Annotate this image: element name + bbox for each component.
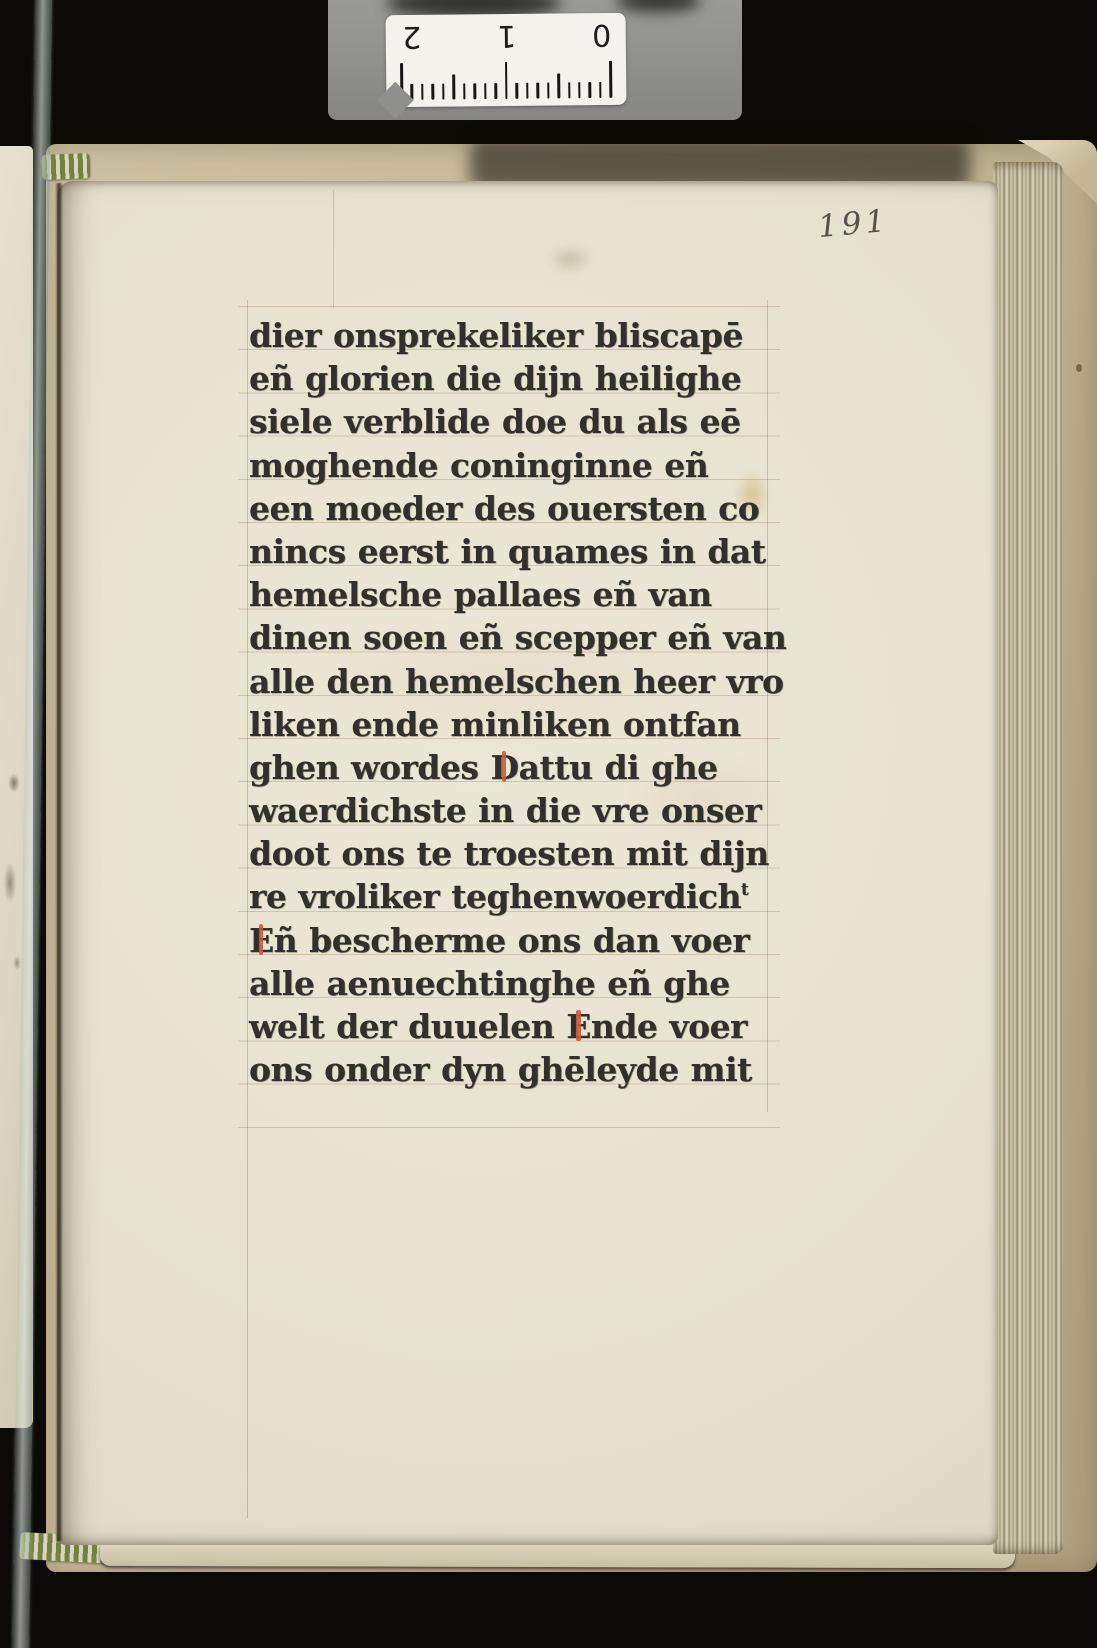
ruler-tab: 2 1 0 bbox=[328, 0, 742, 120]
line-text: alle aenuechtinghe eñ ghe bbox=[249, 964, 730, 1003]
line-text: liken ende minliken ontfan bbox=[249, 705, 741, 744]
line-text: hemelsche pallaes eñ van bbox=[249, 575, 712, 614]
line-text: attu di ghe bbox=[519, 748, 718, 787]
text-line: Eñ bescherme ons dan voer bbox=[249, 912, 783, 955]
text-line: ons onder dyn ghēleyde mit bbox=[249, 1041, 783, 1084]
line-text: ñ bescherme ons dan voer bbox=[274, 921, 750, 960]
line-text: dier onsprekeliker bliscapē bbox=[249, 316, 743, 355]
line-text: waerdichste in die vre onser bbox=[249, 791, 761, 830]
line-text: moghende coninginne eñ bbox=[249, 446, 708, 485]
text-line: een moeder des ouersten co bbox=[249, 480, 783, 523]
ruler-tick bbox=[515, 83, 518, 99]
line-text: een moeder des ouersten co bbox=[249, 489, 759, 528]
rubricated-initial: E bbox=[249, 919, 274, 962]
line-text: dinen soen eñ scepper eñ van bbox=[249, 618, 786, 657]
ruler-tick bbox=[505, 62, 508, 99]
line-text: nincs eerst in quames in dat bbox=[249, 532, 766, 571]
ruler-tick bbox=[589, 82, 592, 98]
text-line: liken ende minliken ontfan bbox=[249, 696, 783, 739]
text-line: re vroliker teghenwoerdicht bbox=[249, 868, 783, 911]
ruler-tick bbox=[484, 83, 487, 99]
line-text: ons onder dyn ghēleyde mit bbox=[249, 1050, 752, 1089]
ruler-label-2: 2 bbox=[402, 19, 421, 54]
text-line: welt der duuelen Ende voer bbox=[249, 998, 783, 1041]
cover-turn-in-bottom bbox=[100, 1542, 1015, 1568]
ruler-tick bbox=[568, 82, 571, 98]
line-text: re vroliker teghenwoerdich bbox=[249, 877, 741, 916]
line-text: welt der duuelen bbox=[249, 1007, 566, 1046]
line-text: nde voer bbox=[591, 1007, 747, 1046]
ruler-label-1: 1 bbox=[497, 18, 516, 53]
line-text: alle den hemelschen heer vro bbox=[249, 661, 784, 700]
manuscript-photograph: { "ruler": { "labels_left_to_right": ["2… bbox=[0, 0, 1097, 1648]
ruler-tick bbox=[494, 83, 497, 99]
ruler-tick bbox=[526, 83, 529, 99]
rubricated-initial: E bbox=[566, 1005, 591, 1048]
line-text: doot ons te troesten mit dijn bbox=[249, 834, 769, 873]
text-line: alle den hemelschen heer vro bbox=[249, 653, 783, 696]
text-line: dier onsprekeliker bliscapē bbox=[249, 307, 783, 350]
ruler-tick bbox=[547, 83, 550, 99]
page-stack-fore-edge bbox=[993, 162, 1063, 1554]
ruler-tick bbox=[421, 84, 424, 100]
line-text: siele verblide doe du als eē bbox=[249, 402, 741, 441]
text-line: ghen wordes Dattu di ghe bbox=[249, 739, 783, 782]
ruler-scale: 2 1 0 bbox=[386, 13, 627, 108]
ruler-tick bbox=[609, 61, 612, 98]
text-block: dier onsprekeliker bliscapē eñ glorien d… bbox=[249, 307, 783, 1084]
text-line: alle aenuechtinghe eñ ghe bbox=[249, 955, 783, 998]
ruler-tick bbox=[474, 83, 477, 99]
text-line: hemelsche pallaes eñ van bbox=[249, 566, 783, 609]
ruler-tick bbox=[599, 82, 602, 98]
text-line: siele verblide doe du als eē bbox=[249, 393, 783, 436]
ruler-tick bbox=[452, 75, 455, 100]
text-line: moghende coninginne eñ bbox=[249, 437, 783, 480]
text-line: doot ons te troesten mit dijn bbox=[249, 825, 783, 868]
ruler-tick bbox=[557, 73, 560, 98]
parchment-stain bbox=[538, 238, 602, 280]
ruler-tick bbox=[536, 83, 539, 99]
ruler-tick bbox=[463, 83, 466, 99]
cover-speck bbox=[1076, 364, 1082, 372]
rubricated-initial: D bbox=[491, 746, 519, 789]
text-line: dinen soen eñ scepper eñ van bbox=[249, 609, 783, 652]
gutter-crease bbox=[55, 183, 63, 1541]
folio-number: 191 bbox=[817, 203, 891, 245]
ruler-tick bbox=[442, 84, 445, 100]
ruler-tick bbox=[432, 84, 435, 100]
line-text: eñ glorien die dijn heilighe bbox=[249, 359, 741, 398]
abbreviation-mark: t bbox=[741, 880, 748, 899]
text-line: eñ glorien die dijn heilighe bbox=[249, 350, 783, 393]
text-line: nincs eerst in quames in dat bbox=[249, 523, 783, 566]
vertical-ruling-top-margin bbox=[333, 190, 334, 308]
tab-shadow-blob bbox=[616, 0, 701, 12]
ruler-ticks bbox=[400, 58, 612, 100]
vertical-ruling-left bbox=[247, 300, 248, 1518]
ruler-tick bbox=[578, 82, 581, 98]
line-text: ghen wordes bbox=[249, 748, 491, 787]
ruler-label-0: 0 bbox=[592, 17, 611, 52]
